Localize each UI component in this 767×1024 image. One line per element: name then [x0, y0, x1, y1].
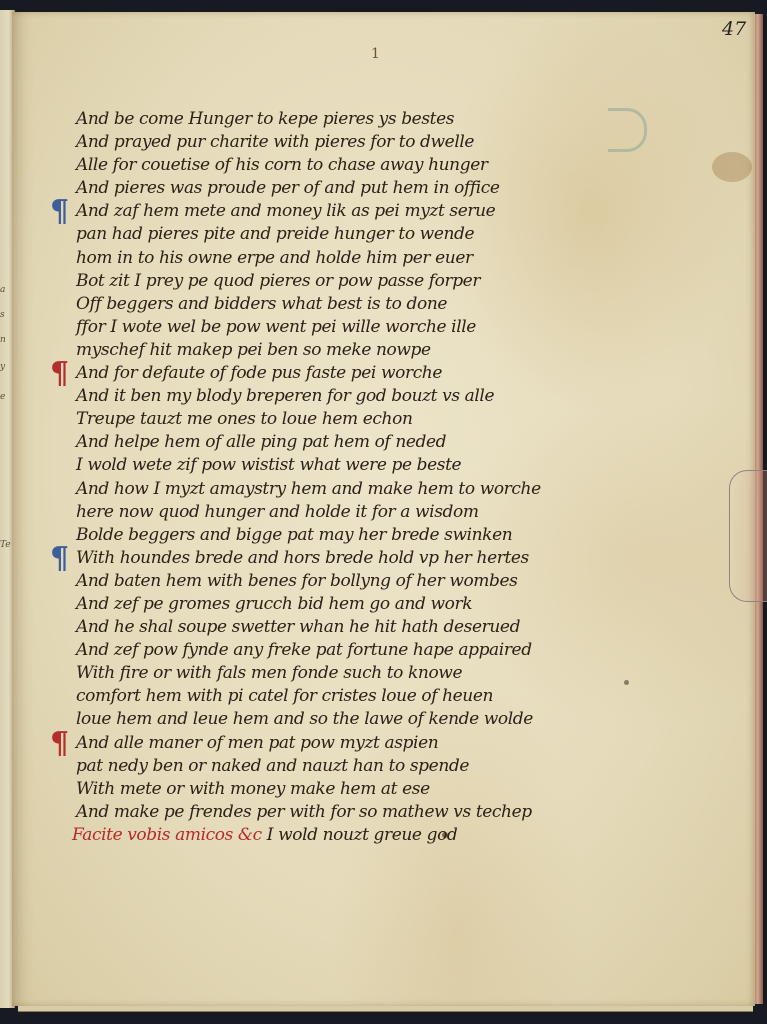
- text-line: And pieres was proude per of and put hem…: [76, 177, 676, 200]
- red-paraph-mark-icon: ¶: [50, 729, 68, 759]
- blue-paraph-mark-icon: ¶: [50, 197, 68, 227]
- line-text: And zef pow fynde any freke pat fortune …: [76, 640, 532, 660]
- line-text: hom in to his owne erpe and holde him pe…: [76, 248, 473, 268]
- line-text: loue hem and leue hem and so the lawe of…: [76, 709, 533, 729]
- line-text: I wold wete zif pow wistist what were pe…: [76, 455, 461, 475]
- text-line: And prayed pur charite with pieres for t…: [76, 131, 676, 154]
- line-text: I wold nouzt greue god: [267, 825, 458, 845]
- text-line: And be come Hunger to kepe pieres ys bes…: [76, 108, 676, 131]
- line-text: And he shal soupe swetter whan he hit ha…: [76, 617, 520, 637]
- line-text: Treupe tauzt me ones to loue hem echon: [76, 409, 413, 429]
- text-line: Bolde beggers and bigge pat may her bred…: [76, 524, 676, 547]
- prev-page-glyph: s: [0, 310, 5, 320]
- text-line: ¶And alle maner of men pat pow myzt aspi…: [76, 732, 676, 755]
- text-line: And make pe frendes per with for so math…: [76, 801, 676, 824]
- text-line: hom in to his owne erpe and holde him pe…: [76, 247, 676, 270]
- text-line: Alle for couetise of his corn to chase a…: [76, 154, 676, 177]
- latin-rubric: Facite vobis amicos &c: [72, 825, 262, 845]
- line-text: And it ben my blody breperen for god bou…: [76, 386, 494, 406]
- text-line: I wold wete zif pow wistist what were pe…: [76, 454, 676, 477]
- text-line: And zef pe gromes grucch bid hem go and …: [76, 593, 676, 616]
- text-line: With mete or with money make hem at ese: [76, 778, 676, 801]
- line-text: With houndes brede and hors brede hold v…: [76, 548, 529, 568]
- folio-number: 47: [722, 18, 746, 40]
- text-line: ¶And for defaute of fode pus faste pei w…: [76, 362, 676, 385]
- text-line: comfort hem with pi catel for cristes lo…: [76, 685, 676, 708]
- line-text: And zef pe gromes grucch bid hem go and …: [76, 594, 472, 614]
- line-text: And prayed pur charite with pieres for t…: [76, 132, 474, 152]
- line-text: pan had pieres pite and preide hunger to…: [76, 224, 474, 244]
- scan-background: a s n y e Te 47 1 And be come Hunger to …: [0, 0, 767, 1024]
- stain: [712, 152, 752, 182]
- text-line-with-rubric: Facite vobis amicos &c I wold nouzt greu…: [72, 824, 676, 847]
- line-text: And be come Hunger to kepe pieres ys bes…: [76, 109, 454, 129]
- text-line: loue hem and leue hem and so the lawe of…: [76, 708, 676, 731]
- blue-paraph-mark-icon: ¶: [50, 544, 68, 574]
- text-line: And helpe hem of alle ping pat hem of ne…: [76, 431, 676, 454]
- text-line: And baten hem with benes for bollyng of …: [76, 570, 676, 593]
- line-text: And pieres was proude per of and put hem…: [76, 178, 500, 198]
- line-text: And make pe frendes per with for so math…: [76, 802, 532, 822]
- line-text: ffor I wote wel be pow went pei wille wo…: [76, 317, 476, 337]
- line-text: And alle maner of men pat pow myzt aspie…: [76, 733, 438, 753]
- prev-page-glyph: y: [0, 362, 5, 372]
- text-line: Treupe tauzt me ones to loue hem echon: [76, 408, 676, 431]
- text-line: With fire or with fals men fonde such to…: [76, 662, 676, 685]
- prev-page-glyph: n: [0, 335, 6, 345]
- line-text: Off beggers and bidders what best is to …: [76, 294, 447, 314]
- text-line: pan had pieres pite and preide hunger to…: [76, 223, 676, 246]
- text-line: And how I myzt amaystry hem and make hem…: [76, 478, 676, 501]
- prev-page-glyph: a: [0, 285, 5, 295]
- text-line: And zef pow fynde any freke pat fortune …: [76, 639, 676, 662]
- red-paraph-mark-icon: ¶: [50, 359, 68, 389]
- text-line: ¶With houndes brede and hors brede hold …: [76, 547, 676, 570]
- line-text: And baten hem with benes for bollyng of …: [76, 571, 518, 591]
- line-text: here now quod hunger and holde it for a …: [76, 502, 479, 522]
- line-text: And helpe hem of alle ping pat hem of ne…: [76, 432, 446, 452]
- text-line: ffor I wote wel be pow went pei wille wo…: [76, 316, 676, 339]
- text-line: here now quod hunger and holde it for a …: [76, 501, 676, 524]
- text-line: Bot zit I prey pe quod pieres or pow pas…: [76, 270, 676, 293]
- line-text: Bot zit I prey pe quod pieres or pow pas…: [76, 271, 480, 291]
- line-text: pat nedy ben or naked and nauzt han to s…: [76, 756, 469, 776]
- text-line: ¶And zaf hem mete and money lik as pei m…: [76, 200, 676, 223]
- line-text: comfort hem with pi catel for cristes lo…: [76, 686, 493, 706]
- text-line: pat nedy ben or naked and nauzt han to s…: [76, 755, 676, 778]
- line-text: And zaf hem mete and money lik as pei my…: [76, 201, 495, 221]
- line-text: Alle for couetise of his corn to chase a…: [76, 155, 488, 175]
- text-line: myschef hit makep pei ben so meke nowpe: [76, 339, 676, 362]
- manuscript-text-block: And be come Hunger to kepe pieres ys bes…: [76, 108, 676, 847]
- text-line: And it ben my blody breperen for god bou…: [76, 385, 676, 408]
- line-text: myschef hit makep pei ben so meke nowpe: [76, 340, 431, 360]
- quire-mark: 1: [371, 46, 380, 62]
- prev-page-glyph: Te: [0, 540, 11, 550]
- prev-page-glyph: e: [0, 392, 5, 402]
- line-text: And for defaute of fode pus faste pei wo…: [76, 363, 442, 383]
- line-text: With mete or with money make hem at ese: [76, 779, 430, 799]
- text-line: And he shal soupe swetter whan he hit ha…: [76, 616, 676, 639]
- book-clasp: [729, 470, 767, 602]
- line-text: Bolde beggers and bigge pat may her bred…: [76, 525, 512, 545]
- line-text: With fire or with fals men fonde such to…: [76, 663, 462, 683]
- line-text: And how I myzt amaystry hem and make hem…: [76, 479, 541, 499]
- text-line: Off beggers and bidders what best is to …: [76, 293, 676, 316]
